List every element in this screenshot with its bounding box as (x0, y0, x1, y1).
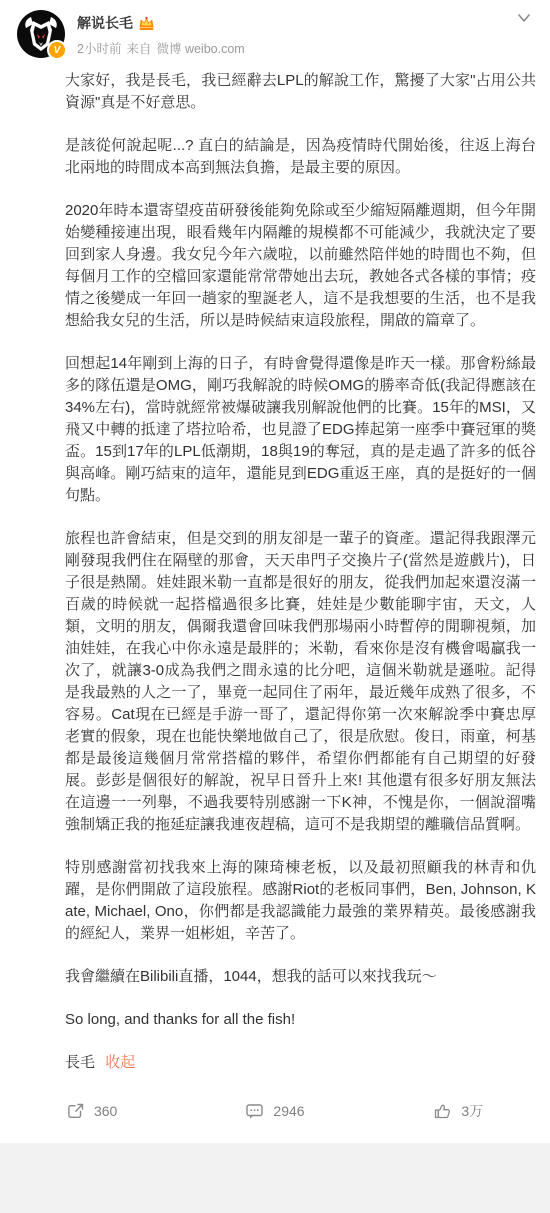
paragraph: 我會繼續在Bilibili直播，1044，想我的話可以來找我玩～ (65, 966, 536, 988)
paragraph: 大家好，我是長毛，我已經辭去LPL的解說工作，驚擾了大家"占用公共資源"真是不好… (65, 70, 536, 114)
share-button[interactable]: 360 (0, 1101, 183, 1121)
verified-badge-icon: V (47, 40, 67, 60)
signature-text: 長毛 (65, 1054, 95, 1071)
weibo-post-card: V 解说长毛 2小时前 来自 微博 weibo.com (0, 0, 550, 1143)
signature-row: 長毛 收起 (65, 1052, 536, 1074)
timestamp: 2小时前 (77, 39, 121, 57)
action-bar: 360 2946 3万 (0, 1095, 550, 1137)
paragraph: 是該從何說起呢...? 直白的結論是，因為疫情時代開始後，往返上海台北兩地的時間… (65, 135, 536, 179)
source-prefix: 来自 (126, 39, 151, 57)
like-button[interactable]: 3万 (367, 1101, 550, 1121)
post-meta: 2小时前 来自 微博 weibo.com (77, 39, 245, 57)
share-count: 360 (94, 1103, 117, 1119)
author-name[interactable]: 解说长毛 (77, 13, 133, 33)
share-icon (66, 1102, 85, 1120)
comment-count: 2946 (273, 1103, 304, 1119)
paragraph: So long, and thanks for all the fish! (65, 1009, 536, 1031)
thumbs-up-icon (433, 1102, 452, 1120)
paragraph: 旅程也許會結束，但是交到的朋友卻是一輩子的資產。還記得我跟澤元剛發現我們住在隔壁… (65, 528, 536, 836)
paragraph: 特別感謝當初找我來上海的陳琦棟老板，以及最初照顧我的林青和仇躍，是你們開啟了這段… (65, 857, 536, 945)
vip-crown-icon (138, 16, 155, 31)
collapse-link[interactable]: 收起 (105, 1054, 135, 1071)
paragraph: 回想起14年剛到上海的日子，有時會覺得還像是昨天一樣。那會粉絲最多的隊伍還是OM… (65, 353, 536, 507)
page-background (0, 1143, 550, 1213)
like-count: 3万 (461, 1101, 483, 1121)
post-content: 大家好，我是長毛，我已經辭去LPL的解說工作，驚擾了大家"占用公共資源"真是不好… (65, 70, 536, 1074)
header-text: 解说长毛 2小时前 来自 微博 weibo.com (77, 10, 245, 57)
comment-button[interactable]: 2946 (183, 1101, 366, 1121)
post-header: V 解说长毛 2小时前 来自 微博 weibo.com (0, 0, 550, 62)
chevron-down-icon[interactable] (514, 8, 534, 28)
source-link[interactable]: 微博 weibo.com (156, 39, 244, 57)
avatar[interactable]: V (17, 10, 65, 58)
comment-icon (245, 1102, 264, 1120)
paragraph: 2020年時本還寄望疫苗研發後能夠免除或至少縮短隔離週期，但今年開始變種接連出現… (65, 200, 536, 332)
